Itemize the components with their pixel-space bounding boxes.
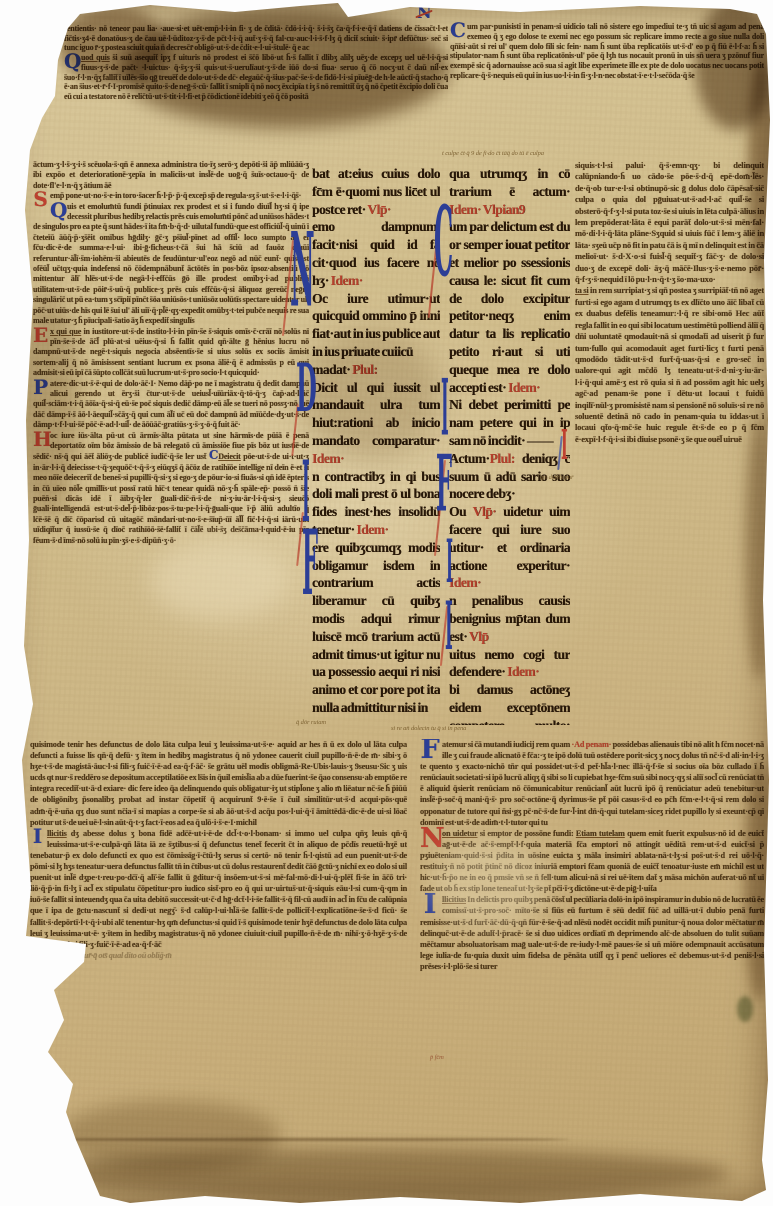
gloss-text: āctum·ʒ·l·s̄·ʒ·i·s̄ scēuola·s̄·qn̄ ē ann… [33,160,309,190]
digest-rule: Actum· [449,451,490,466]
gloss-text: siquis·t·l·si palui· q̄·s̄·emn·qʒ· bi de… [575,160,764,284]
gloss-lemma: uod quis [81,53,110,62]
rubric-citation: Idem· [507,664,539,679]
initial-H: H [33,431,48,448]
tall-initial-I: I [441,372,449,450]
rubric-citation: Idem· [449,575,481,590]
digest-rule: Ni debet perimitti pe nam petere qui in … [449,397,570,448]
digest-rule: bi damus actōneʒ eidem exceptōnem compet… [449,682,570,725]
gloss-text: quisimode tenir hes defunctus de dolo lā… [30,740,407,827]
gloss-text: atemur si c̄ā mutandi iudicij rem quam [442,740,572,749]
tall-initial-C: C [434,198,453,294]
initial-C-inline: C [209,448,218,462]
initial-P: P [33,379,48,396]
digest-rule: madat· [312,362,350,377]
initial-S: S [33,191,48,208]
gloss-lemma: llicitius [442,895,466,904]
rubric-citation: Idem· [356,522,388,537]
gloss-top-right: Cum par·punisisti in penam·si uidicio ta… [450,22,764,158]
tall-initial-D: D [296,358,317,424]
gloss-text: atere·dic·ut·s̄·ē·qui de dolo·āc̄·I· Nem… [33,379,309,430]
initial-Q: Q [64,53,79,70]
gloss-text: dʒ abesse dolus ʒ bona fidē adc̄ē·ut·i·ē… [30,829,407,949]
digest-rule: uidetur uim facere qui iure suo utitur· … [449,504,570,572]
gloss-text: quem emit fuerit expulsus·nō id de euict… [420,829,764,893]
digest-rule: n penalibus causis benignius mp̄tan dum … [449,593,570,644]
digest-rule: ere quibʒcumqʒ modis obligamur isdem in … [312,540,440,715]
digest-rule: Dicit ul qui iussit ul mandauit ulra tum… [312,380,440,448]
gloss-text: s̄i suū asequit̄ ipʒ f uituris nō prodes… [64,53,448,101]
rubric-citation: Plul: [352,362,377,377]
gloss-lemma: Etiam tutelam [576,829,625,838]
rubric-citation: Idem· Vlpian9 [449,202,525,217]
initial-Q: Q [50,202,65,219]
gloss-left-column: āctum·ʒ·l·s̄·ʒ·i·s̄ scēuola·s̄·qn̄ ē ann… [33,160,309,737]
initial-N: N [420,828,440,850]
rubric-citation: Vlp̄· [473,504,497,519]
digest-rule: um par delictum est du or semper iouat p… [449,219,570,394]
digest-rule: qua utrumqʒ in cō trarium ē actum· [449,166,570,199]
gloss-lemma: Deiecit [218,452,240,461]
gloss-text: in rem surripiat·ʒ si qn̄ postea ʒ surri… [575,285,764,443]
rubric-citation: Idem· [508,380,540,395]
gloss-top-left: sentientis· nō teneor pau lia· ·aue·si·e… [64,24,448,158]
gloss-text: sentientis· nō teneor pau lia· ·aue·si·e… [64,24,448,52]
marginal-note: si re an̄ dolecin tu q̄ si in pena [391,725,511,732]
gloss-text: si emptor de possōne fundi: [477,829,575,838]
initial-C: C [450,22,465,39]
main-text-column-1: bat at:eius cuius dolo fc̄m ē·quomi nus … [312,165,440,723]
gloss-lower-left: quisimode tenir hes defunctus de dolo lā… [30,739,407,1165]
manuscript-scan: N sentientis· nō teneor pau lia· ·aue·si… [0,0,773,1206]
digest-rule: Oc iure utimur·ut quicquid ommino p̄ inn… [312,291,440,359]
gloss-text: pōe·ut·s̄·de ui·t·ut·ʒ in·ār·l·i·q̄ deie… [33,452,309,544]
main-text-column-2: qua utrumqʒ in cō trarium ē actum· Idem·… [449,165,570,725]
tall-initial-I-red: I [561,420,568,471]
gloss-lemma: llicitis [47,829,67,838]
gloss-lower-right: Fatemur si c̄ā mutandi iudicij rem quam … [420,739,764,1165]
tall-initial-F: F [302,522,318,612]
tall-initial-I: I [446,534,453,594]
gloss-lemma: on uidetur [442,829,477,838]
gloss-right-column: siquis·t·l·si palui· q̄·s̄·emn·qʒ· bi de… [575,160,764,737]
initial-F: F [420,739,440,761]
tall-initial-N: N [290,224,315,326]
marginal-note: p̄ fc̄m [430,1054,460,1061]
rubric-citation: Vlp̄ [469,629,489,644]
gloss-text: emp̄ pone·ut·no·s̄·e·in toro·s̄acer h̄·l… [50,191,301,200]
marginal-note: t culpe c̄t·q̄ 9 de fi·do c̄t tāq̄ do tū… [442,150,574,157]
gloss-text: um par·punisisti in penam·si uidicio tal… [450,22,764,80]
initial-E: E [33,327,48,344]
gloss-text-faded: s besiret q̄ abttemur̄·q̄ ots̄ qual dito… [30,951,172,960]
initial-I: I [420,894,440,916]
tall-initial-F: F [436,448,452,526]
rubric-inline: ·Ad penam· [572,740,612,749]
marginal-note: q̄·s̄ defēls pur̄ [540,474,576,481]
parchment-leaf: N sentientis· nō teneor pau lia· ·aue·si… [0,0,773,1206]
rubric-citation: Idem· [331,273,363,288]
rubric-citation: Idem· [312,451,344,466]
gloss-text: possidebas alienauis tibi nō alit h fc̄m… [420,740,764,827]
quire-mark: N [417,4,443,26]
gloss-text: uis et emolum̄tū fundi p̄tinuiax rex pro… [33,202,309,325]
gloss-lemma: x qui que [50,327,81,336]
marginal-note: q̄ dōr ruiam [296,719,342,726]
rubric-citation: Plul: [490,451,515,466]
gloss-lemma: ta si [575,285,589,295]
rubric-citation: Vlp̄· [367,202,391,217]
tall-initial-I: I [445,596,453,662]
gloss-text: In delictis pro quibʒ penā c̄ōst̄ ul pec… [420,895,764,971]
initial-I: I [30,828,45,845]
